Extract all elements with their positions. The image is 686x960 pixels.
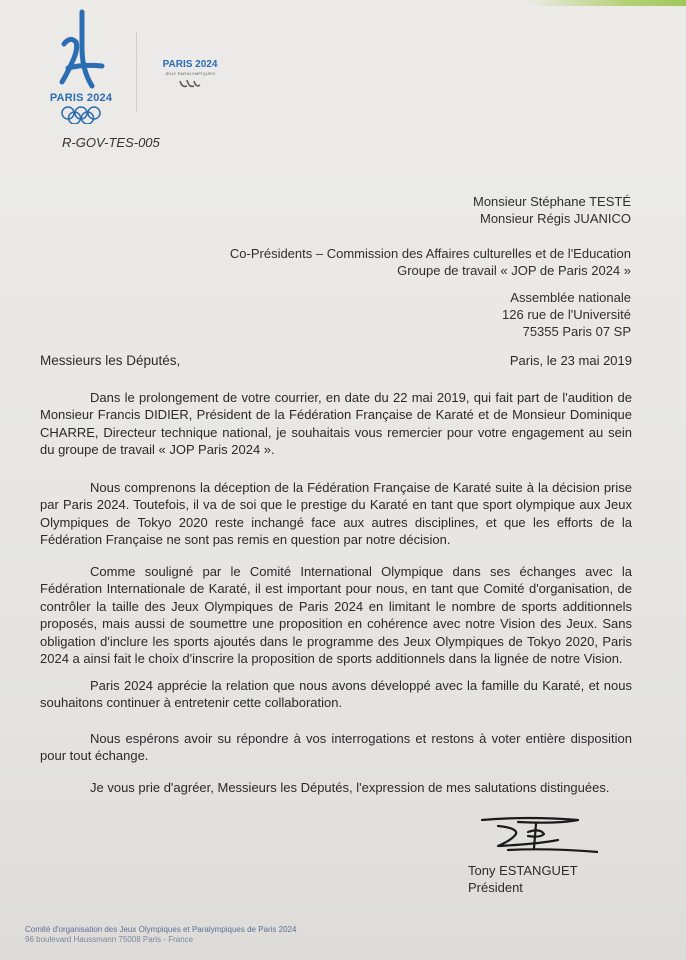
olympic-rings-icon [60,106,102,124]
photo-edge-decoration [526,0,686,6]
footer-address: 96 boulevard Haussmann 75008 Paris - Fra… [25,935,296,945]
logo-divider [136,32,137,112]
signatory: Tony ESTANGUET Président [468,862,578,896]
closing-formula: Je vous prie d'agréer, Messieurs les Dép… [40,779,632,796]
recipient-names: Monsieur Stéphane TESTÉ Monsieur Régis J… [473,193,631,227]
address-line: 75355 Paris 07 SP [502,323,631,340]
footer-organization: Comité d'organisation des Jeux Olympique… [25,925,296,935]
letter-date: Paris, le 23 mai 2019 [510,353,632,368]
olympic-logo-brand: PARIS 2024 [48,92,114,104]
recipient-address: Assemblée nationale 126 rue de l'Univers… [502,289,631,340]
paralympic-logo-brand: PARIS 2024 [158,59,222,70]
paragraph: Dans le prolongement de votre courrier, … [40,389,632,459]
paris-2024-olympic-logo: PARIS 2024 [48,8,114,124]
address-line: 126 rue de l'Université [502,306,631,323]
paragraph: Comme souligné par le Comité Internation… [40,563,632,667]
signatory-name: Tony ESTANGUET [468,862,578,879]
paralympic-logo-subtitle: JEUX PARALYMPIQUES [158,71,222,76]
paris-2024-paralympic-logo: PARIS 2024 JEUX PARALYMPIQUES [158,59,222,94]
handwritten-signature-icon [478,812,598,863]
signatory-title: Président [468,879,578,896]
paragraph: Paris 2024 apprécie la relation que nous… [40,677,632,712]
salutation: Messieurs les Députés, [40,353,180,368]
paris-2024-flame-icon [48,8,114,90]
letterhead-footer: Comité d'organisation des Jeux Olympique… [25,925,296,945]
document-reference: R-GOV-TES-005 [62,135,160,150]
paragraph: Nous espérons avoir su répondre à vos in… [40,730,632,765]
paragraph: Nous comprenons la déception de la Fédér… [40,479,632,549]
recipient-title: Groupe de travail « JOP de Paris 2024 » [230,262,631,279]
recipient-name: Monsieur Régis JUANICO [473,210,631,227]
address-line: Assemblée nationale [502,289,631,306]
recipient-title: Co-Présidents – Commission des Affaires … [230,245,631,262]
paralympic-agitos-icon [178,77,202,89]
recipient-name: Monsieur Stéphane TESTÉ [473,193,631,210]
recipient-titles: Co-Présidents – Commission des Affaires … [230,245,631,279]
